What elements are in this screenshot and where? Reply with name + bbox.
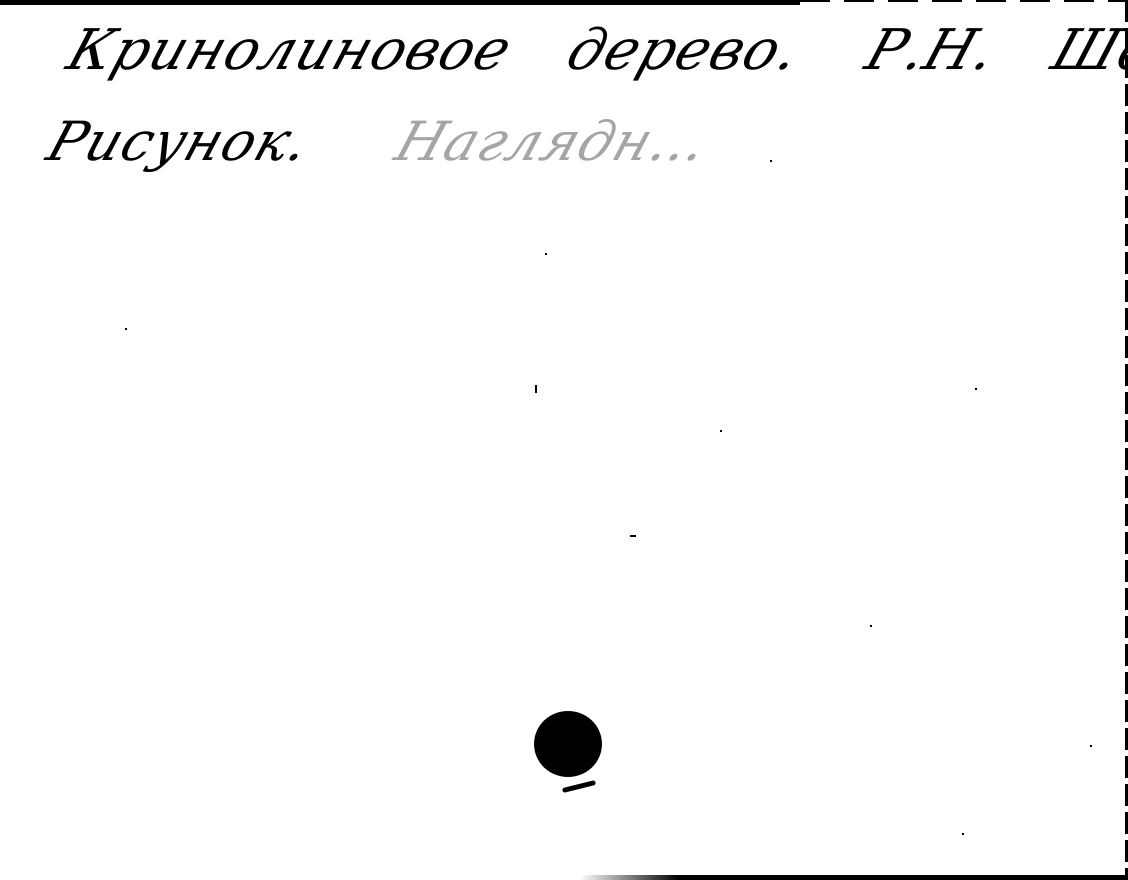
scan-speck — [545, 253, 547, 255]
handwritten-line-1: Кринолиновоедерево.Р.Н.Шенк: — [59, 18, 1128, 83]
handwritten-word: Шенк: — [1044, 18, 1128, 83]
card-top-edge — [0, 0, 800, 5]
card-bottom-edge — [580, 875, 1128, 880]
punch-hole — [534, 711, 602, 777]
scan-speck — [870, 625, 872, 627]
handwritten-word-faded: Наглядн… — [388, 110, 717, 173]
handwritten-word: дерево. — [559, 18, 809, 83]
handwritten-word: Рисунок. — [40, 110, 319, 173]
card-top-edge-tail — [800, 0, 1128, 2]
scan-speck — [630, 535, 636, 537]
catalog-card: Кринолиновоедерево.Р.Н.Шенк: Рисунок.Наг… — [0, 0, 1128, 880]
scan-speck — [720, 430, 722, 432]
handwritten-line-2: Рисунок.Наглядн… — [40, 110, 717, 173]
scan-speck — [975, 388, 977, 390]
handwritten-word: Р.Н. — [858, 18, 1005, 83]
scan-speck — [962, 833, 964, 835]
scan-speck — [1090, 745, 1092, 747]
scan-speck — [125, 328, 127, 330]
scan-speck — [535, 385, 537, 393]
handwritten-word: Кринолиновое — [59, 18, 520, 83]
scan-speck — [770, 160, 772, 162]
punch-hole-mark — [562, 780, 596, 793]
